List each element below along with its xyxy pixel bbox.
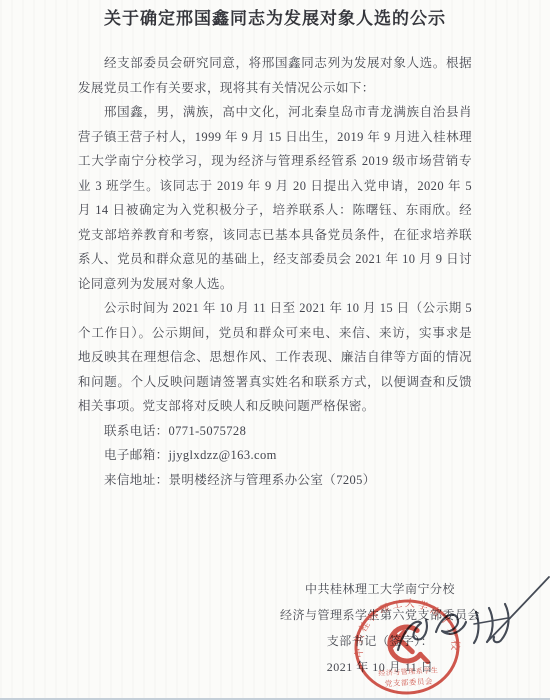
contact-phone-line: 联系电话：0771-5075728 (78, 419, 472, 444)
signature-stroke (474, 612, 478, 643)
body-line: 论同意列为发展对象人选。 (78, 272, 472, 297)
body-line: 工大学南宁分校学习，现为经济与管理系经管系 2019 级市场营销专 (78, 149, 472, 174)
contact-email-line: 电子邮箱：jjyglxdzz@163.com (78, 443, 472, 468)
body-line: 月 14 日被确定为入党积极分子，培养联系人：陈曙钰、东雨欣。经 (78, 198, 472, 223)
body-line: 个工作日）。公示期间，党员和群众可来电、来信、来访，实事求是 (78, 321, 472, 346)
scanned-notice-page: 关于确定邢国鑫同志为发展对象人选的公示 经支部委员会研究同意，将邢国鑫同志列为发… (0, 0, 550, 700)
signature-stroke (436, 615, 466, 634)
body-line: 地反映其在理想信念、思想作风、工作表现、廉洁自律等方面的情况 (78, 345, 472, 370)
body-line: 邢国鑫，男，满族，高中文化，河北秦皇岛市青龙满族自治县肖 (78, 100, 472, 125)
handwritten-signature (378, 568, 550, 668)
body-line: 相关事项。党支部将对反映人和反映问题严格保密。 (78, 394, 472, 419)
contact-address-line: 来信地址：景明楼经济与管理系办公室（7205） (78, 468, 472, 493)
body-line: 和问题。个人反映问题请签署真实姓名和联系方式，以便调查和反馈 (78, 370, 472, 395)
body-line: 公示时间为 2021 年 10 月 11 日至 2021 年 10 月 15 日… (78, 296, 472, 321)
body-line: 党支部培养教育和考察，该同志已基本具备党员条件，在征求培养联 (78, 223, 472, 248)
body-line: 业 3 班学生。该同志于 2019 年 9 月 20 日提出入党申请，2020 … (78, 174, 472, 199)
signature-stroke (398, 620, 427, 650)
body-line: 经支部委员会研究同意，将邢国鑫同志列为发展对象人选。根据 (78, 51, 472, 76)
body-line: 发展党员工作有关要求，现将其有关情况公示如下： (78, 76, 472, 101)
body-line: 营子镇王营子村人，1999 年 9 月 15 日出生，2019 年 9 月进入桂… (78, 125, 472, 150)
signature-slash-stroke (487, 577, 549, 642)
seal-bottom-text: 党支部委员会 (385, 676, 433, 688)
body-line: 系人、党员和群众意见的基础上，经支部委员会 2021 年 10 月 9 日讨 (78, 247, 472, 272)
notice-body: 经支部委员会研究同意，将邢国鑫同志列为发展对象人选。根据 发展党员工作有关要求，… (78, 51, 472, 492)
page-title: 关于确定邢国鑫同志为发展对象人选的公示 (0, 7, 550, 31)
